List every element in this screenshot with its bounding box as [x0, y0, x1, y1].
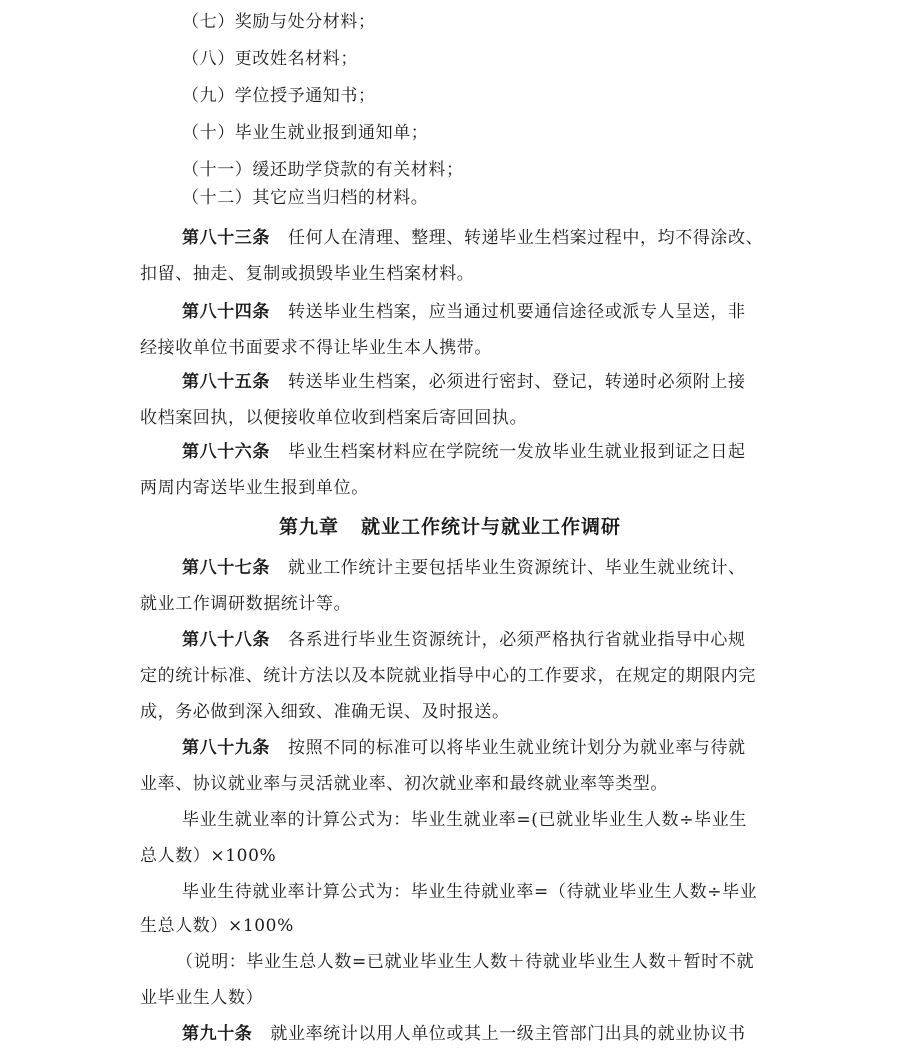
article-89: 第八十九条按照不同的标准可以将毕业生就业统计划分为就业率与待就 — [182, 736, 822, 760]
article-text: 各系进行毕业生资源统计，必须严格执行省就业指导中心规 — [288, 630, 746, 650]
article-text: 毕业生档案材料应在学院统一发放毕业生就业报到证之日起 — [288, 442, 746, 462]
article-title: 第八十三条 — [182, 228, 270, 248]
article-text: 转送毕业生档案，应当通过机要通信途径或派专人呈送，非 — [288, 302, 746, 322]
article-title: 第八十四条 — [182, 302, 270, 322]
article-title: 第八十八条 — [182, 630, 270, 650]
pending-rate-formula-cont: 生总人数）×100% — [140, 914, 780, 938]
article-88-cont: 定的统计标准、统计方法以及本院就业指导中心的工作要求，在规定的期限内完 — [140, 664, 780, 688]
article-83-cont: 扣留、抽走、复制或损毁毕业生档案材料。 — [140, 262, 780, 286]
article-87-cont: 就业工作调研数据统计等。 — [140, 592, 780, 616]
article-84: 第八十四条转送毕业生档案，应当通过机要通信途径或派专人呈送，非 — [182, 300, 822, 324]
formula-note-cont: 业毕业生人数） — [140, 986, 780, 1010]
chapter-title: 就业工作统计与就业工作调研 — [361, 516, 621, 538]
article-text: 按照不同的标准可以将毕业生就业统计划分为就业率与待就 — [288, 738, 746, 758]
list-item-8: （八）更改姓名材料； — [182, 47, 822, 71]
employment-rate-formula-cont: 总人数）×100% — [140, 844, 780, 868]
article-86: 第八十六条毕业生档案材料应在学院统一发放毕业生就业报到证之日起 — [182, 440, 822, 464]
article-text: 就业率统计以用人单位或其上一级主管部门出具的就业协议书 — [270, 1024, 745, 1044]
article-87: 第八十七条就业工作统计主要包括毕业生资源统计、毕业生就业统计、 — [182, 556, 822, 580]
article-90: 第九十条就业率统计以用人单位或其上一级主管部门出具的就业协议书 — [182, 1022, 822, 1046]
article-85: 第八十五条转送毕业生档案，必须进行密封、登记，转递时必须附上接 — [182, 370, 822, 394]
employment-rate-formula: 毕业生就业率的计算公式为：毕业生就业率=(已就业毕业生人数÷毕业生 — [182, 808, 822, 832]
article-title: 第九十条 — [182, 1024, 252, 1044]
article-88: 第八十八条各系进行毕业生资源统计，必须严格执行省就业指导中心规 — [182, 628, 822, 652]
article-text: 任何人在清理、整理、转递毕业生档案过程中，均不得涂改、 — [288, 228, 763, 248]
list-item-12: （十二）其它应当归档的材料。 — [182, 186, 822, 210]
pending-rate-formula: 毕业生待就业率计算公式为：毕业生待就业率=（待就业毕业生人数÷毕业 — [182, 880, 822, 904]
list-item-7: （七）奖励与处分材料； — [182, 10, 822, 34]
article-83: 第八十三条任何人在清理、整理、转递毕业生档案过程中，均不得涂改、 — [182, 226, 822, 250]
article-88-cont2: 成，务必做到深入细致、准确无误、及时报送。 — [140, 700, 780, 724]
article-title: 第八十七条 — [182, 558, 270, 578]
article-title: 第八十六条 — [182, 442, 270, 462]
article-title: 第八十五条 — [182, 372, 270, 392]
article-title: 第八十九条 — [182, 738, 270, 758]
chapter-heading: 第九章就业工作统计与就业工作调研 — [0, 514, 900, 540]
document-page: （七）奖励与处分材料； （八）更改姓名材料； （九）学位授予通知书； （十）毕业… — [0, 0, 900, 1059]
article-89-cont: 业率、协议就业率与灵活就业率、初次就业率和最终就业率等类型。 — [140, 772, 780, 796]
list-item-11: （十一）缓还助学贷款的有关材料； — [182, 158, 822, 182]
list-item-9: （九）学位授予通知书； — [182, 84, 822, 108]
chapter-number: 第九章 — [279, 516, 339, 538]
article-text: 就业工作统计主要包括毕业生资源统计、毕业生就业统计、 — [288, 558, 746, 578]
formula-note: （说明：毕业生总人数=已就业毕业生人数＋待就业毕业生人数＋暂时不就 — [176, 950, 816, 974]
article-text: 转送毕业生档案，必须进行密封、登记，转递时必须附上接 — [288, 372, 746, 392]
article-84-cont: 经接收单位书面要求不得让毕业生本人携带。 — [140, 336, 780, 360]
article-85-cont: 收档案回执，以便接收单位收到档案后寄回回执。 — [140, 406, 780, 430]
article-86-cont: 两周内寄送毕业生报到单位。 — [140, 476, 780, 500]
list-item-10: （十）毕业生就业报到通知单； — [182, 121, 822, 145]
